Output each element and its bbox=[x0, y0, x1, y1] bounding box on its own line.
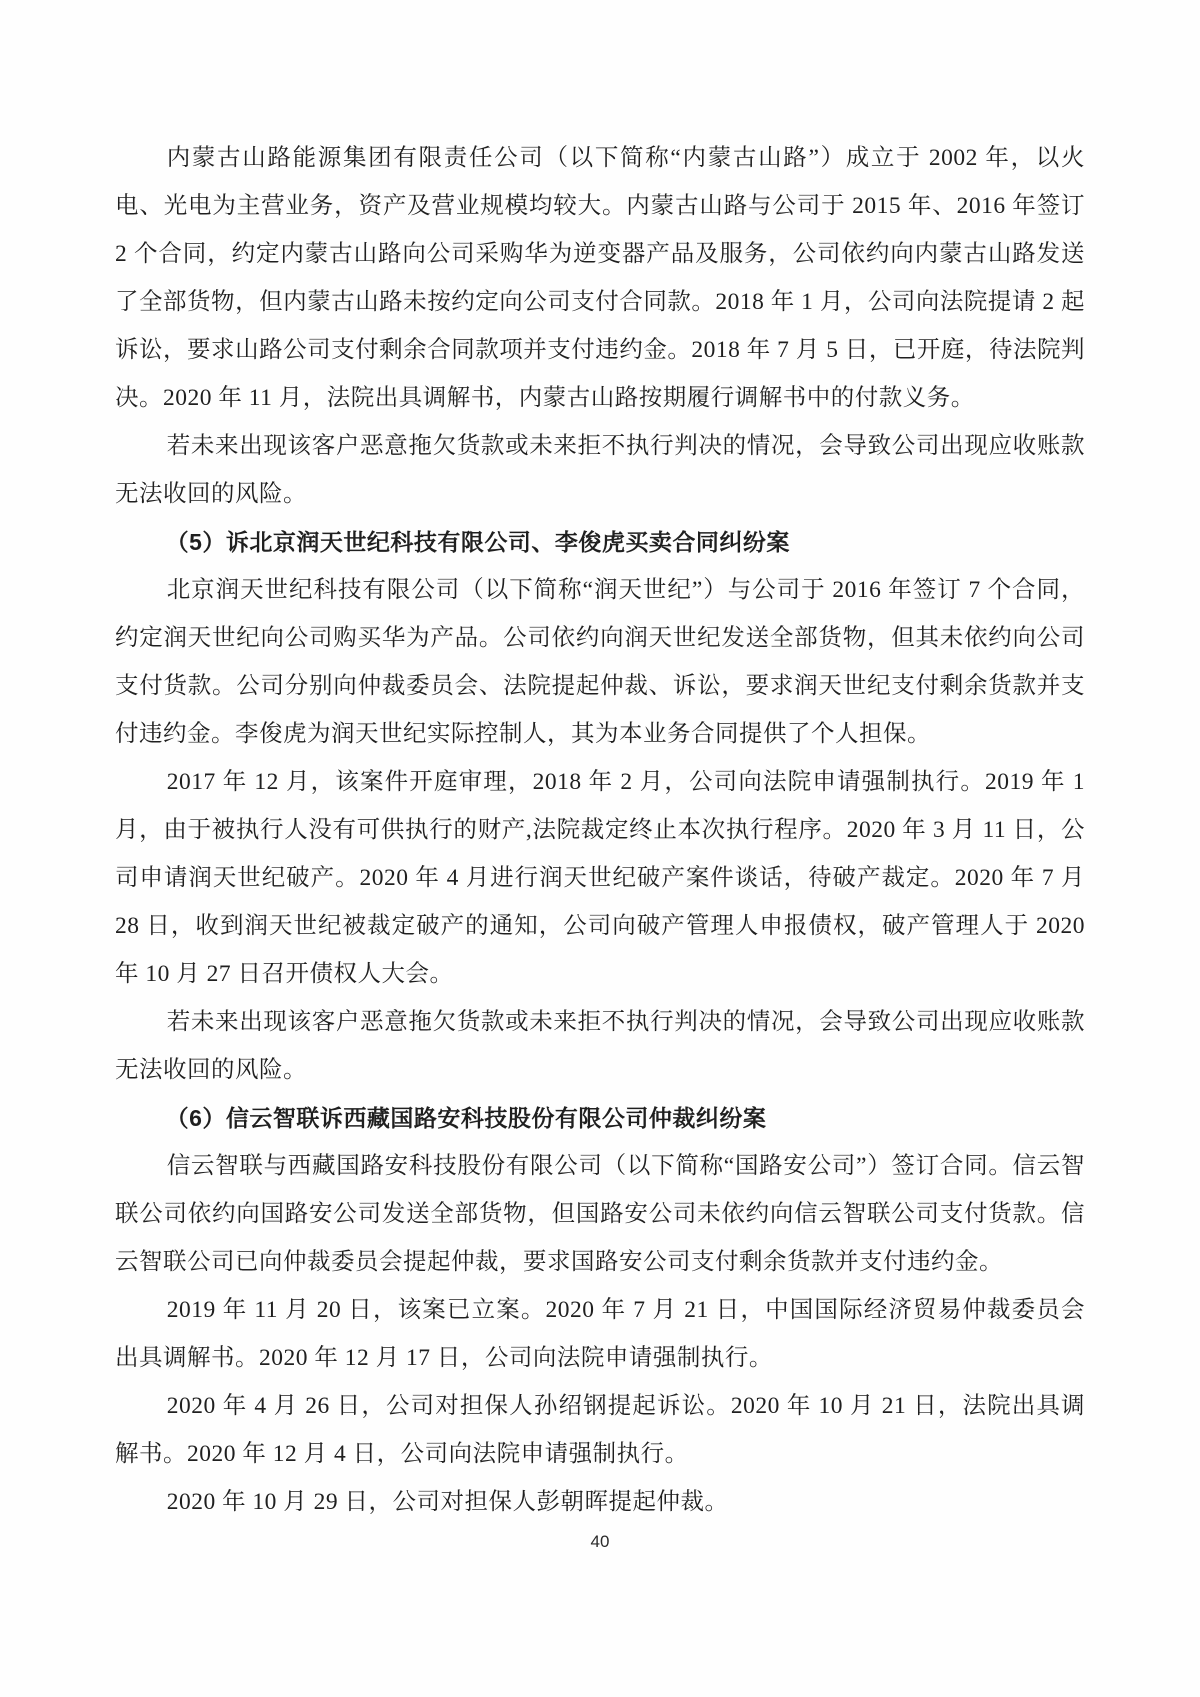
body-paragraph: 内蒙古山路能源集团有限责任公司（以下简称“内蒙古山路”）成立于 2002 年，以… bbox=[115, 134, 1085, 422]
document-content: 内蒙古山路能源集团有限责任公司（以下简称“内蒙古山路”）成立于 2002 年，以… bbox=[115, 134, 1085, 1526]
body-paragraph: 北京润天世纪科技有限公司（以下简称“润天世纪”）与公司于 2016 年签订 7 … bbox=[115, 566, 1085, 758]
page-number: 40 bbox=[0, 1532, 1200, 1552]
body-paragraph: 2017 年 12 月，该案件开庭审理，2018 年 2 月，公司向法院申请强制… bbox=[115, 758, 1085, 998]
body-paragraph: 2019 年 11 月 20 日，该案已立案。2020 年 7 月 21 日，中… bbox=[115, 1286, 1085, 1382]
body-paragraph: 若未来出现该客户恶意拖欠货款或未来拒不执行判决的情况，会导致公司出现应收账款无法… bbox=[115, 998, 1085, 1094]
section-heading: （6）信云智联诉西藏国路安科技股份有限公司仲裁纠纷案 bbox=[115, 1094, 1085, 1142]
body-paragraph: 若未来出现该客户恶意拖欠货款或未来拒不执行判决的情况，会导致公司出现应收账款无法… bbox=[115, 422, 1085, 518]
body-paragraph: 2020 年 10 月 29 日，公司对担保人彭朝晖提起仲裁。 bbox=[115, 1478, 1085, 1526]
body-paragraph: 2020 年 4 月 26 日，公司对担保人孙绍钢提起诉讼。2020 年 10 … bbox=[115, 1382, 1085, 1478]
body-paragraph: 信云智联与西藏国路安科技股份有限公司（以下简称“国路安公司”）签订合同。信云智联… bbox=[115, 1142, 1085, 1286]
document-page: 内蒙古山路能源集团有限责任公司（以下简称“内蒙古山路”）成立于 2002 年，以… bbox=[0, 0, 1200, 1697]
section-heading: （5）诉北京润天世纪科技有限公司、李俊虎买卖合同纠纷案 bbox=[115, 518, 1085, 566]
